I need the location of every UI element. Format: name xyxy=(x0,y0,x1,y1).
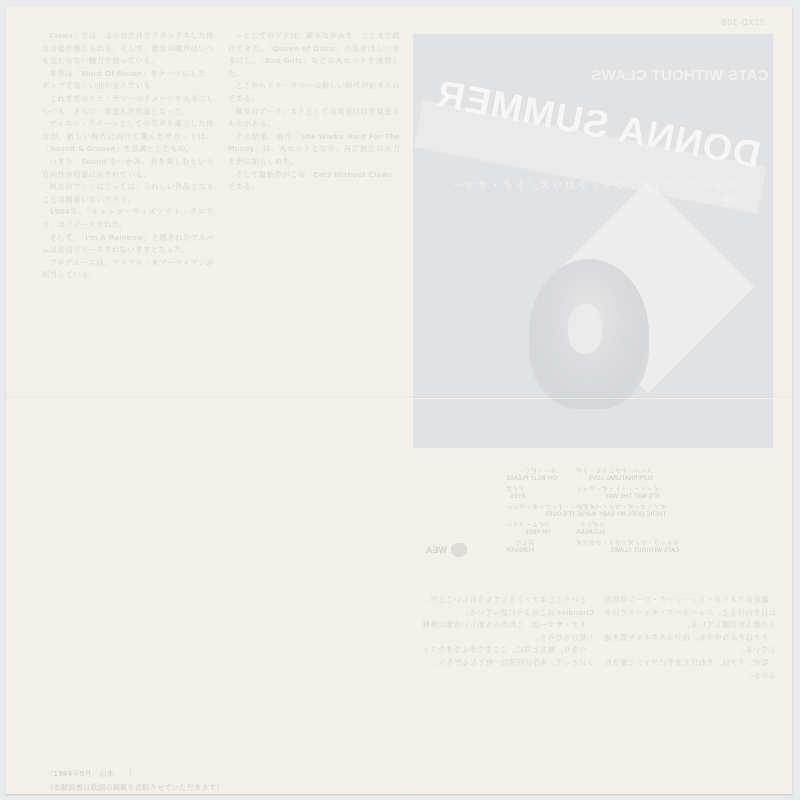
notes-column-1: Claws」では、より自然体でリラックスした彼女の姿が感じられる。そして、彼女の… xyxy=(42,30,214,650)
horizontal-fold xyxy=(6,397,792,399)
paragraph: プロデュースは、マイケル・オマーティアンが担当している。 xyxy=(42,257,214,282)
paragraph: 最近のアメリカ・ミュージック・シーンの状況に目を向けると、ニューヨーク・チャート… xyxy=(604,594,776,632)
track-item: イッツ・ノット・ザ・ウェイIT'S NOT THE WAY xyxy=(576,486,660,500)
track-item: アイム・フリーI'M FREE xyxy=(506,522,551,536)
album-title-japanese: キャッツ・ウィズアウト・クロウズ／ドナ・サマー xyxy=(451,177,737,193)
notes-column-2: ーとしてのドナは、確実な歩みを、ここまで続けてきた。「Queen of Disc… xyxy=(228,30,400,770)
track-item: キャッツ・ウィズアウト・クロウズCATS WITHOUT CLAWS xyxy=(576,540,679,554)
paragraph: ーとしてのドナは、確実な歩みを、ここまで続けてきた。「Queen of Disc… xyxy=(228,30,400,80)
label-logo: WEA xyxy=(426,543,467,557)
paragraph: なぜ、ドナは、それほどまでにファンに愛されるのか。 xyxy=(604,657,776,682)
paragraph: その結果、前作「She Works Hard For The Money」は、大… xyxy=(228,131,400,169)
track-item: 許してFOREVER xyxy=(506,540,534,554)
paragraph: ドナ・サマーは、これからも新しい音楽に挑戦し続けるだろう。 xyxy=(422,619,594,644)
paragraph: ということはファンとしてもうれしいことだ。Chandler はこのように語ってい… xyxy=(422,594,594,619)
notes-column-4: ということはファンとしてもうれしいことだ。Chandler はこのように語ってい… xyxy=(422,594,594,784)
paragraph: つまり、Sound をつかみ、音を楽しむという方向性が明確に示されている。 xyxy=(42,156,214,181)
vertical-fold xyxy=(402,6,404,794)
paragraph: ここからドナ・サマーの新しい時代が始まるのである。 xyxy=(228,80,400,105)
liner-notes-sheet: Claws」では、より自然体でリラックスした彼女の姿が感じられる。そして、彼女の… xyxy=(6,6,792,794)
label-name: WEA xyxy=(426,545,447,555)
track-item: オー・ビリーOH BILLY PLEASE xyxy=(506,468,557,482)
paragraph: そして最新作がこの「Cats Without Claws」である。 xyxy=(228,169,400,194)
track-item: スーパーナチュラル・ラヴSUPERNATURAL LOVE xyxy=(576,468,653,482)
notes-column-3: 最近のアメリカ・ミュージック・シーンの状況に目を向けると、ニューヨーク・チャート… xyxy=(604,594,776,784)
paragraph: 彼女のファンにとっては、うれしい作品となることは間違いないだろう。 xyxy=(42,181,214,206)
track-item: メイビー・イッツ・オーヴァーMAYBE IT'S OVER xyxy=(506,504,596,518)
author-credit: （1984年9月 山本 ） xyxy=(46,768,136,779)
lyrics-note: （本解説書は歌詞の掲載を省略させていただきます） xyxy=(46,782,223,793)
track-item: スザンナSUZANNA xyxy=(576,522,605,536)
album-title: CATS WITHOUT CLAWS xyxy=(591,67,769,84)
paragraph: 彼女のアーティストとしての成長は目を見張るものがある。 xyxy=(228,106,400,131)
wb-shield-icon xyxy=(451,543,467,557)
paragraph: 本作は「Word Of Mouth」をテーマにした、ポップで楽しい曲が並んでいる… xyxy=(42,68,214,93)
paragraph: そして、「I'm A Rainbow」と題されたアルバムは結局リリースされないま… xyxy=(42,232,214,257)
paragraph: つまり、彼女と共に、ここまで歩んできたファンにとって、本作は特別な一枚となるだろ… xyxy=(422,644,594,669)
paragraph: Claws」では、より自然体でリラックスした彼女の姿が感じられる。そして、彼女の… xyxy=(42,30,214,68)
catalog-number: 32XD-308 xyxy=(721,18,765,27)
album-cover: CATS WITHOUT CLAWS DONNA SUMMER キャッツ・ウィズ… xyxy=(413,34,773,448)
paragraph: ディスコ・クイーンとしての名声を確立した彼女が、新しい時代に向けて選んだサウンド… xyxy=(42,118,214,156)
artist-face xyxy=(568,304,602,354)
paragraph: ドナはそんな中でも、自分のスタイルを貫き通している。 xyxy=(604,632,776,657)
track-item: アイズEYES xyxy=(506,486,525,500)
paragraph: これまでのドナ・サマーのイメージを大事にしつつも、さらに一歩進んだ作品となった。 xyxy=(42,93,214,118)
paragraph: 1984年、「キャッツ・ウィズアウト・クロウズ」はリリースされた。 xyxy=(42,206,214,231)
